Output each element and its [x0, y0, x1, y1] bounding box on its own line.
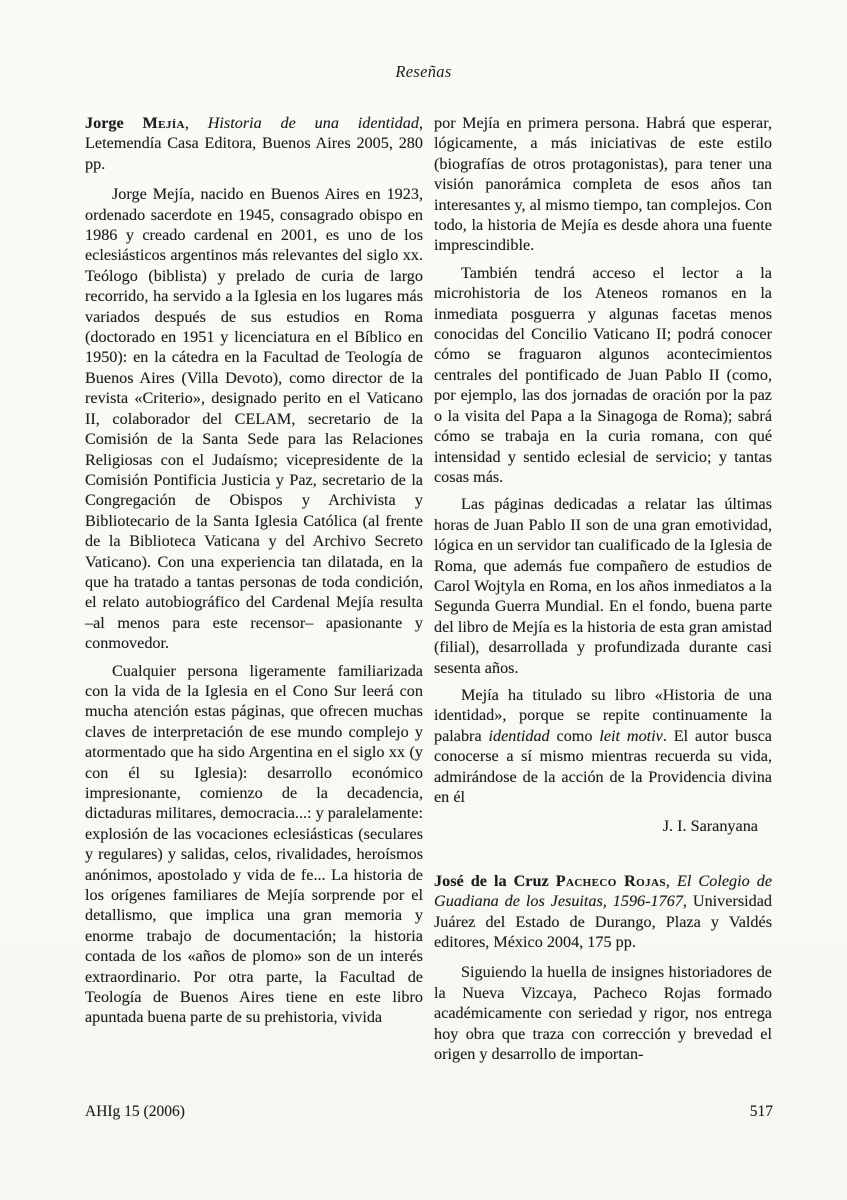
review-2-bibliographic-reference: José de la Cruz Pacheco Rojas, El Colegi…: [434, 871, 772, 953]
page-footer: AHIg 15 (2006) 517: [85, 1103, 773, 1121]
reviewer-signature: J. I. Saranyana: [434, 816, 758, 836]
left-column: Jorge Mejía, Historia de una identidad, …: [85, 113, 423, 1071]
page-content: Jorge Mejía, Historia de una identidad, …: [85, 113, 772, 1071]
page-number: 517: [750, 1103, 773, 1121]
review-1-bibliographic-reference: Jorge Mejía, Historia de una identidad, …: [85, 113, 423, 174]
review-1-paragraph-2: Cualquier persona ligeramente familiariz…: [85, 661, 423, 1028]
journal-citation: AHIg 15 (2006): [85, 1103, 185, 1121]
review-1-paragraph-1: Jorge Mejía, nacido en Buenos Aires en 1…: [85, 184, 423, 653]
right-column: por Mejía en primera persona. Habrá que …: [434, 113, 772, 1071]
review-2-paragraph-1: Siguiendo la huella de insignes historia…: [434, 962, 772, 1064]
review-1-paragraph-5: Mejía ha titulado su libro «Historia de …: [434, 685, 772, 807]
review-1-paragraph-2-continuation: por Mejía en primera persona. Habrá que …: [434, 113, 772, 256]
review-1-paragraph-3: También tendrá acceso el lector a la mic…: [434, 263, 772, 487]
scanned-journal-page: Reseñas Jorge Mejía, Historia de una ide…: [0, 0, 847, 1200]
running-head-title: Reseñas: [0, 62, 847, 82]
review-1-paragraph-4: Las páginas dedicadas a relatar las últi…: [434, 494, 772, 678]
